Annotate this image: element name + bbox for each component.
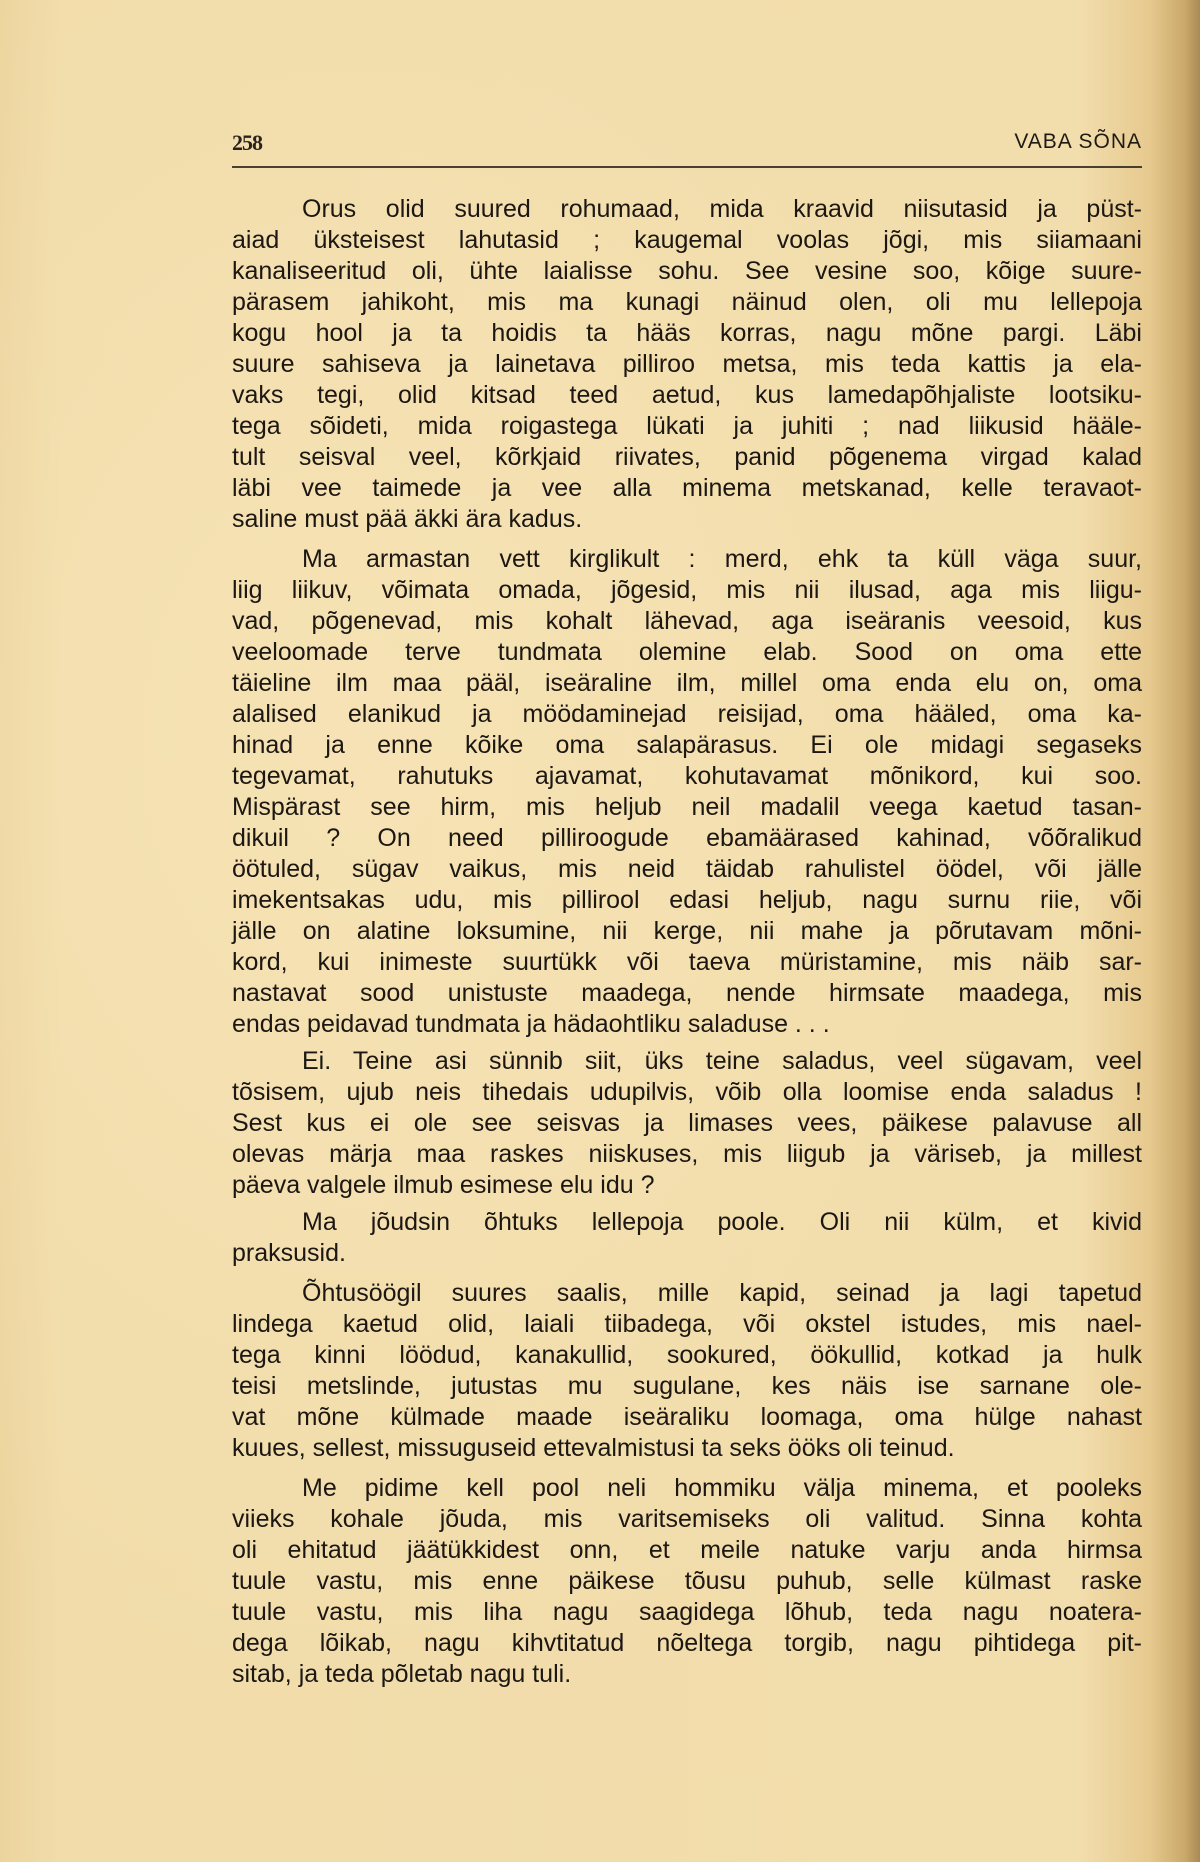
text-line: tegevamat, rahutuks ajavamat, kohutavama… bbox=[232, 761, 1142, 792]
text-line: liig liikuv, võimata omada, jõgesid, mis… bbox=[232, 575, 1142, 606]
running-head: 258 VABA SÕNA bbox=[232, 130, 1142, 160]
text-line: tult seisval veel, kõrkjaid riivates, pa… bbox=[232, 442, 1142, 473]
text-line: kuues, sellest, missuguseid ettevalmistu… bbox=[232, 1433, 1142, 1464]
text-line: endas peidavad tundmata ja hädaohtliku s… bbox=[232, 1009, 1142, 1040]
text-line: päeva valgele ilmub esimese elu idu ? bbox=[232, 1170, 1142, 1201]
text-line: veeloomade terve tundmata olemine elab. … bbox=[232, 637, 1142, 668]
text-line: Mispärast see hirm, mis heljub neil mada… bbox=[232, 792, 1142, 823]
text-line: suure sahiseva ja lainetava pilliroo met… bbox=[232, 349, 1142, 380]
body-text: Orus olid suured rohumaad, mida kraavid … bbox=[232, 194, 1142, 1690]
text-line: aiad üksteisest lahutasid ; kaugemal voo… bbox=[232, 225, 1142, 256]
text-line: Ei. Teine asi sünnib siit, üks teine sal… bbox=[232, 1046, 1142, 1077]
text-line: öötuled, sügav vaikus, mis neid täidab r… bbox=[232, 854, 1142, 885]
text-line: tõsisem, ujub neis tihedais udupilvis, v… bbox=[232, 1077, 1142, 1108]
scanned-page: 258 VABA SÕNA Orus olid suured rohumaad,… bbox=[0, 0, 1200, 1862]
paragraph: Orus olid suured rohumaad, mida kraavid … bbox=[232, 194, 1142, 535]
text-line: kord, kui inimeste suurtükk või taeva mü… bbox=[232, 947, 1142, 978]
text-line: tega sõideti, mida roigastega lükati ja … bbox=[232, 411, 1142, 442]
text-line: läbi vee taimede ja vee alla minema mets… bbox=[232, 473, 1142, 504]
page-number: 258 bbox=[232, 130, 262, 156]
text-line: hinad ja enne kõike oma salapärasus. Ei … bbox=[232, 730, 1142, 761]
text-line: jälle on alatine loksumine, nii kerge, n… bbox=[232, 916, 1142, 947]
text-line: nastavat sood unistuste maadega, nende h… bbox=[232, 978, 1142, 1009]
text-line: imekentsakas udu, mis pillirool edasi he… bbox=[232, 885, 1142, 916]
text-line: sitab, ja teda põletab nagu tuli. bbox=[232, 1659, 1142, 1690]
text-line: oli ehitatud jäätükkidest onn, et meile … bbox=[232, 1535, 1142, 1566]
text-line: pärasem jahikoht, mis ma kunagi näinud o… bbox=[232, 287, 1142, 318]
paragraph: Me pidime kell pool neli hommiku välja m… bbox=[232, 1473, 1142, 1690]
text-line: täieline ilm maa pääl, iseäraline ilm, m… bbox=[232, 668, 1142, 699]
text-line: Ma armastan vett kirglikult : merd, ehk … bbox=[232, 544, 1142, 575]
text-line: kanaliseeritud oli, ühte laialisse sohu.… bbox=[232, 256, 1142, 287]
text-line: tega kinni löödud, kanakullid, sookured,… bbox=[232, 1340, 1142, 1371]
text-line: dega lõikab, nagu kihvtitatud nõeltega t… bbox=[232, 1628, 1142, 1659]
text-line: viieks kohale jõuda, mis varitsemiseks o… bbox=[232, 1504, 1142, 1535]
header-rule bbox=[232, 166, 1142, 168]
text-line: vaks tegi, olid kitsad teed aetud, kus l… bbox=[232, 380, 1142, 411]
text-line: alalised elanikud ja möödaminejad reisij… bbox=[232, 699, 1142, 730]
text-line: Orus olid suured rohumaad, mida kraavid … bbox=[232, 194, 1142, 225]
text-line: tuule vastu, mis enne päikese tõusu puhu… bbox=[232, 1566, 1142, 1597]
text-line: vad, põgenevad, mis kohalt lähevad, aga … bbox=[232, 606, 1142, 637]
text-line: lindega kaetud olid, laiali tiibadega, v… bbox=[232, 1309, 1142, 1340]
text-line: saline must pää äkki ära kadus. bbox=[232, 504, 1142, 535]
paragraph: Õhtusöögil suures saalis, mille kapid, s… bbox=[232, 1278, 1142, 1464]
paragraph: Ma jõudsin õhtuks lellepoja poole. Oli n… bbox=[232, 1207, 1142, 1269]
text-line: praksusid. bbox=[232, 1238, 1142, 1269]
text-line: Me pidime kell pool neli hommiku välja m… bbox=[232, 1473, 1142, 1504]
text-line: kogu hool ja ta hoidis ta hääs korras, n… bbox=[232, 318, 1142, 349]
text-line: olevas märja maa raskes niiskuses, mis l… bbox=[232, 1139, 1142, 1170]
paragraph: Ma armastan vett kirglikult : merd, ehk … bbox=[232, 544, 1142, 1040]
text-line: dikuil ? On need pilliroogude ebamäärase… bbox=[232, 823, 1142, 854]
text-line: Sest kus ei ole see seisvas ja limases v… bbox=[232, 1108, 1142, 1139]
text-line: teisi metslinde, jutustas mu sugulane, k… bbox=[232, 1371, 1142, 1402]
text-line: vat mõne külmade maade iseäraliku loomag… bbox=[232, 1402, 1142, 1433]
journal-title: VABA SÕNA bbox=[1014, 130, 1142, 154]
text-line: Ma jõudsin õhtuks lellepoja poole. Oli n… bbox=[232, 1207, 1142, 1238]
text-line: tuule vastu, mis liha nagu saagidega lõh… bbox=[232, 1597, 1142, 1628]
paragraph: Ei. Teine asi sünnib siit, üks teine sal… bbox=[232, 1046, 1142, 1201]
text-line: Õhtusöögil suures saalis, mille kapid, s… bbox=[232, 1278, 1142, 1309]
